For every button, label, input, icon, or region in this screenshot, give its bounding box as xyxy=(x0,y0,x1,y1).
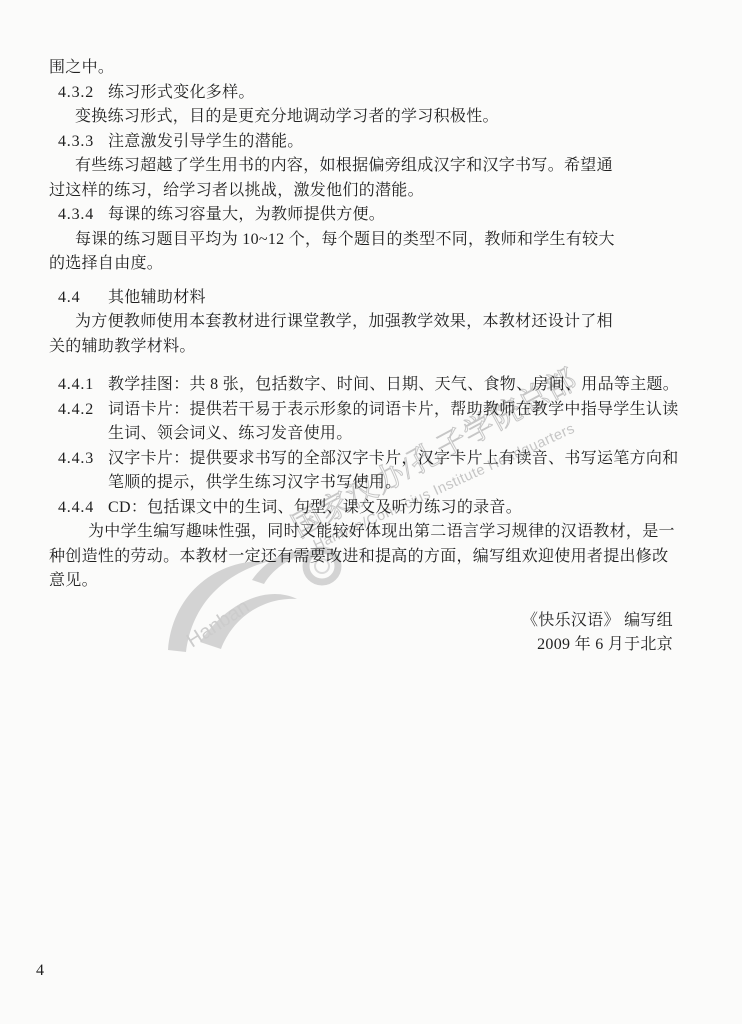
list-item-444: 4.4.4 CD：包括课文中的生词、句型、课文及听力练习的录音。 xyxy=(58,496,688,521)
section-number: 4.3.3 xyxy=(58,130,108,155)
section-title: 每课的练习容量大，为教师提供方便。 xyxy=(108,203,688,228)
item-text: 词语卡片：提供若干易于表示形象的词语卡片，帮助教师在教学中指导学生认读 生词、领… xyxy=(108,398,688,447)
section-heading-433: 4.3.3 注意激发引导学生的潜能。 xyxy=(58,130,688,155)
section-heading-434: 4.3.4 每课的练习容量大，为教师提供方便。 xyxy=(58,203,688,228)
section-number: 4.4 xyxy=(58,286,108,311)
item-text: 教学挂图：共 8 张，包括数字、时间、日期、天气、食物、房间、用品等主题。 xyxy=(108,373,688,398)
section-heading-432: 4.3.2 练习形式变化多样。 xyxy=(58,81,688,106)
signature-date: 2009 年 6 月于北京 xyxy=(49,633,673,658)
list-item-443: 4.4.3 汉字卡片：提供要求书写的全部汉字卡片，汉字卡片上有读音、书写运笔方向… xyxy=(58,447,688,496)
section-title: 练习形式变化多样。 xyxy=(108,81,688,106)
page-number: 4 xyxy=(36,962,44,980)
closing-paragraph: 为中学生编写趣味性强，同时又能较好体现出第二语言学习规律的汉语教材，是一 种创造… xyxy=(49,520,688,594)
list-item-441: 4.4.1 教学挂图：共 8 张，包括数字、时间、日期、天气、食物、房间、用品等… xyxy=(58,373,688,398)
item-number: 4.4.1 xyxy=(58,373,108,398)
item-text: CD：包括课文中的生词、句型、课文及听力练习的录音。 xyxy=(108,496,688,521)
item-number: 4.4.4 xyxy=(58,496,108,521)
section-body-44: 为方便教师使用本套教材进行课堂教学，加强教学效果，本教材还设计了相 关的辅助教学… xyxy=(49,310,688,359)
item-number: 4.4.2 xyxy=(58,398,108,447)
item-text: 汉字卡片：提供要求书写的全部汉字卡片，汉字卡片上有读音、书写运笔方向和 笔顺的提… xyxy=(108,447,688,496)
signature-block: 《快乐汉语》 编写组 2009 年 6 月于北京 xyxy=(49,609,673,658)
section-body-432: 变换练习形式，目的是更充分地调动学习者的学习积极性。 xyxy=(49,105,688,130)
section-number: 4.3.4 xyxy=(58,203,108,228)
page-content: 围之中。 4.3.2 练习形式变化多样。 变换练习形式，目的是更充分地调动学习者… xyxy=(49,56,688,658)
section-title: 其他辅助材料 xyxy=(108,286,688,311)
signature-group: 《快乐汉语》 编写组 xyxy=(49,609,673,634)
section-number: 4.3.2 xyxy=(58,81,108,106)
section-title: 注意激发引导学生的潜能。 xyxy=(108,130,688,155)
section-body-434: 每课的练习题目平均为 10~12 个，每个题目的类型不同，教师和学生有较大 的选… xyxy=(49,228,688,277)
list-item-442: 4.4.2 词语卡片：提供若干易于表示形象的词语卡片，帮助教师在教学中指导学生认… xyxy=(58,398,688,447)
section-heading-44: 4.4 其他辅助材料 xyxy=(58,286,688,311)
continuation-paragraph: 围之中。 xyxy=(49,56,688,81)
section-body-433: 有些练习超越了学生用书的内容，如根据偏旁组成汉字和汉字书写。希望通 过这样的练习… xyxy=(49,154,688,203)
document-page: Hanban 国家汉办/孔子学院总部 Hanban/Confucius Inst… xyxy=(0,0,742,1024)
item-number: 4.4.3 xyxy=(58,447,108,496)
